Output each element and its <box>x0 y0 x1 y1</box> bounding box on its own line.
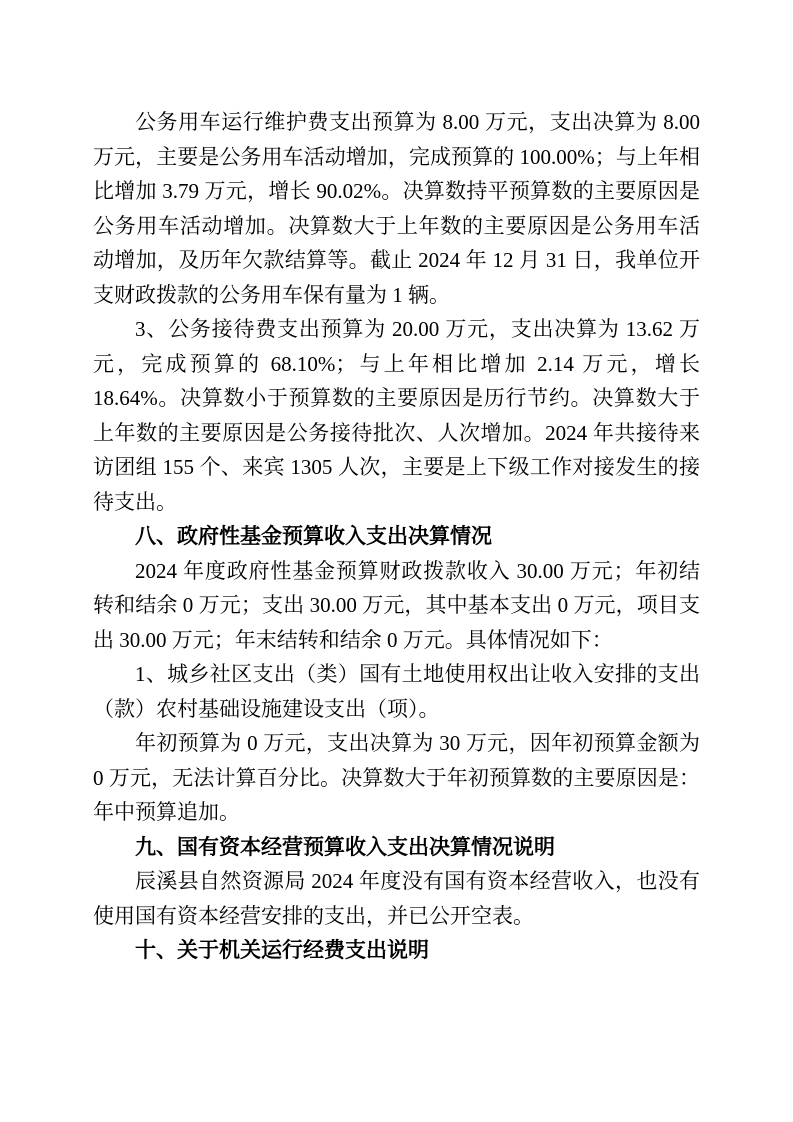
paragraph-official-vehicle-maintenance: 公务用车运行维护费支出预算为 8.00 万元，支出决算为 8.00 万元，主要是… <box>93 105 700 312</box>
document-page: 公务用车运行维护费支出预算为 8.00 万元，支出决算为 8.00 万元，主要是… <box>0 0 793 1122</box>
paragraph-gov-fund-overview: 2024 年度政府性基金预算财政拨款收入 30.00 万元；年初结转和结余 0 … <box>93 554 700 658</box>
paragraph-gov-fund-budget-comparison: 年初预算为 0 万元，支出决算为 30 万元，因年初预算金额为 0 万元，无法计… <box>93 726 700 830</box>
heading-section-ten-agency-operating-expense: 十、关于机关运行经费支出说明 <box>93 933 700 968</box>
paragraph-state-capital-statement: 辰溪县自然资源局 2024 年度没有国有资本经营收入，也没有使用国有资本经营安排… <box>93 864 700 933</box>
paragraph-gov-fund-expenditure-item: 1、城乡社区支出（类）国有土地使用权出让收入安排的支出（款）农村基础设施建设支出… <box>93 657 700 726</box>
heading-section-nine-state-capital-budget: 九、国有资本经营预算收入支出决算情况说明 <box>93 830 700 865</box>
heading-section-eight-gov-fund-budget: 八、政府性基金预算收入支出决算情况 <box>93 519 700 554</box>
paragraph-official-reception: 3、公务接待费支出预算为 20.00 万元，支出决算为 13.62 万元，完成预… <box>93 312 700 519</box>
